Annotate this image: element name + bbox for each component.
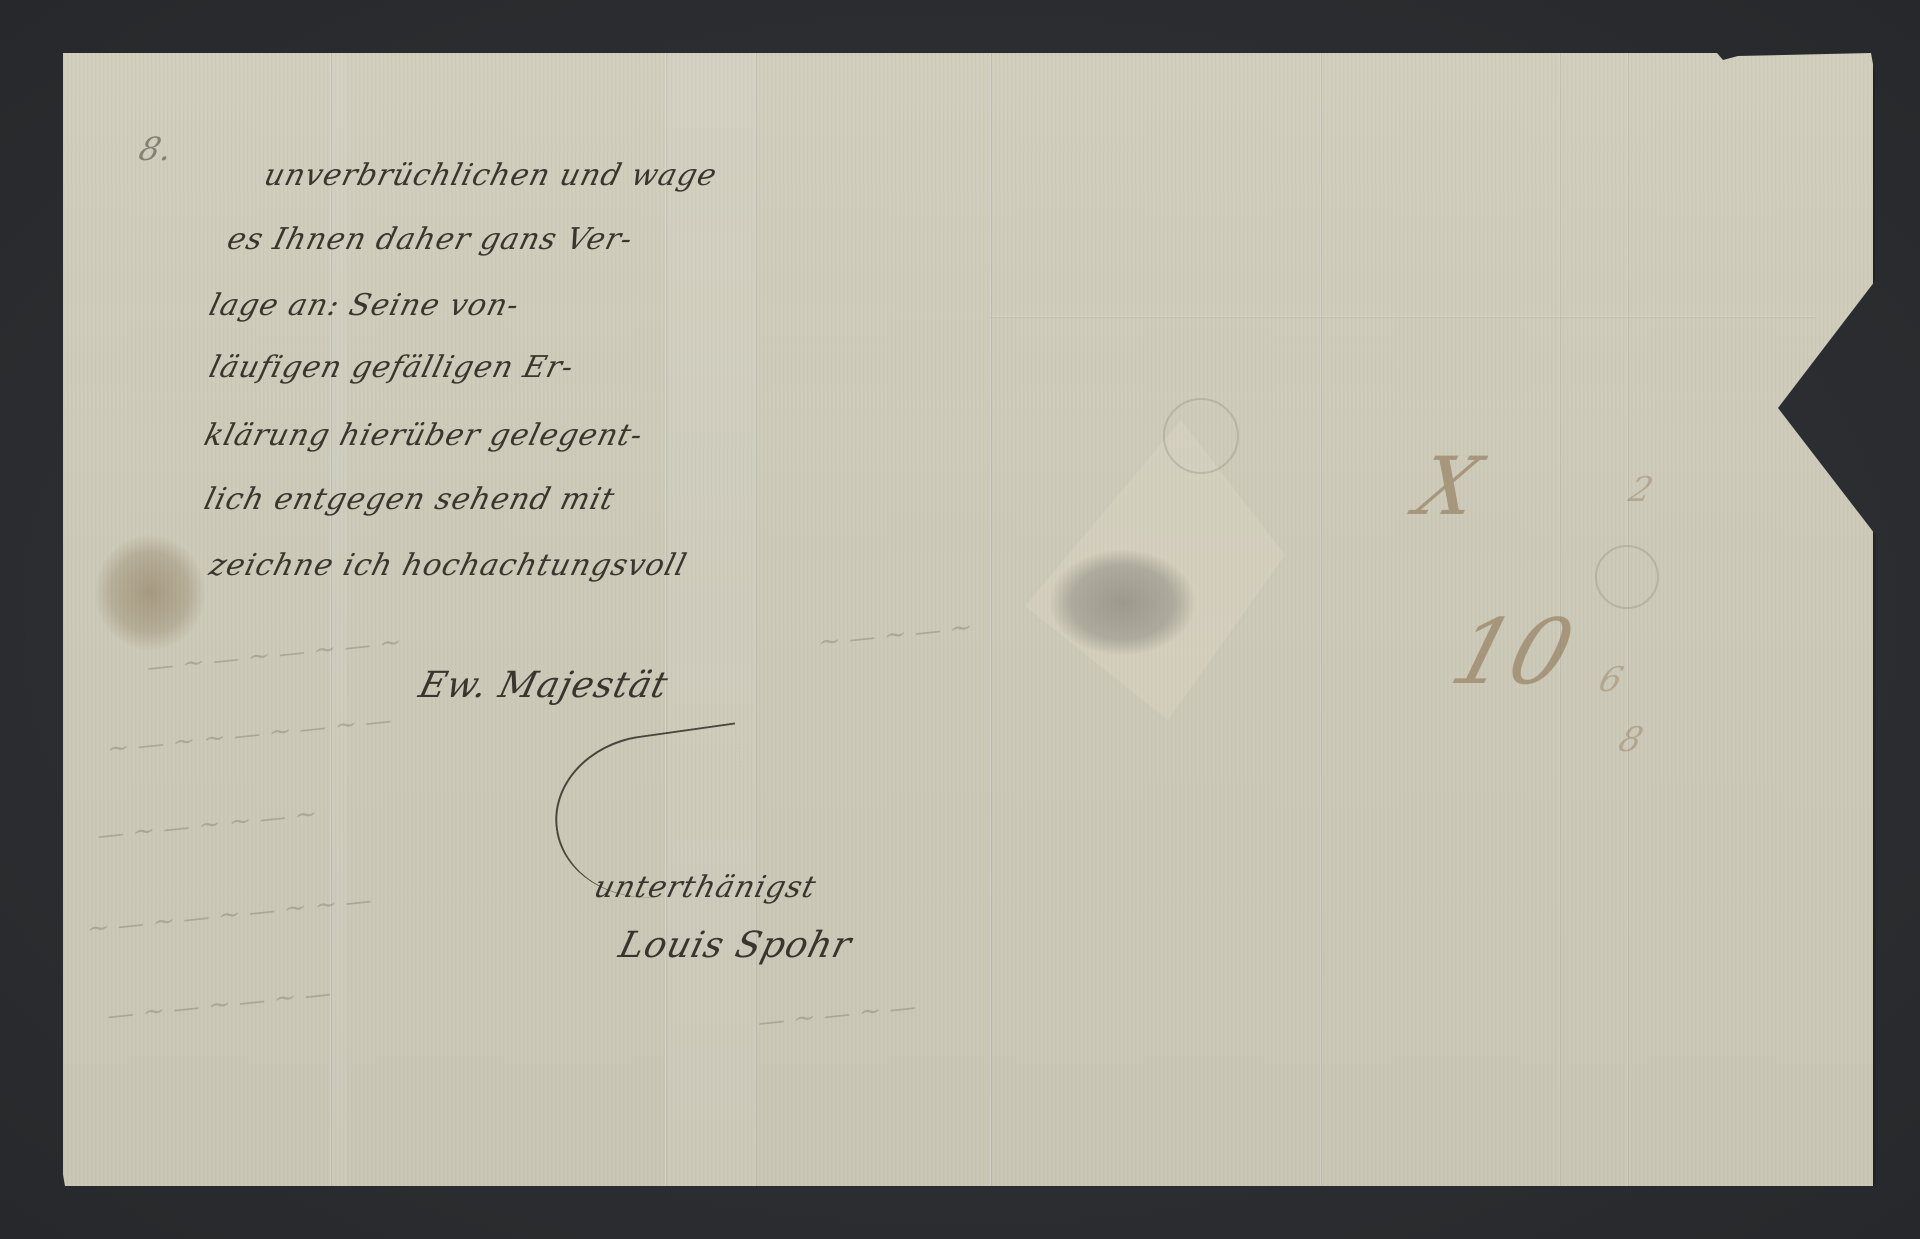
closing-complimentary: unterthänigst [591, 870, 820, 905]
letter-line: klärung hierüber gelegent- [201, 418, 647, 453]
closing-salutation: Ew. Majestät [415, 665, 673, 706]
letter-line: unverbrüchlichen und wage [261, 158, 721, 193]
fold-band [665, 53, 755, 1186]
seal-impression [1163, 398, 1239, 474]
fold-line-horizontal [990, 316, 1815, 318]
fold-line-vertical [755, 53, 757, 1186]
letter-line: lich entgegen sehend mit [201, 482, 619, 517]
signature: Louis Spohr [615, 925, 856, 966]
letter-line: es Ihnen daher gans Ver- [224, 222, 637, 257]
center-fold-line [990, 53, 992, 1186]
seal-impression [1595, 545, 1659, 609]
letter-line: läufigen gefälligen Er- [206, 350, 578, 385]
wax-seal-trace [1050, 550, 1195, 655]
letter-line: zeichne ich hochachtungsvoll [206, 548, 691, 583]
letter-line: lage an: Seine von- [206, 288, 524, 323]
fold-line-vertical [1320, 53, 1322, 1186]
stain [95, 535, 205, 650]
fold-line-vertical [1627, 53, 1629, 1186]
